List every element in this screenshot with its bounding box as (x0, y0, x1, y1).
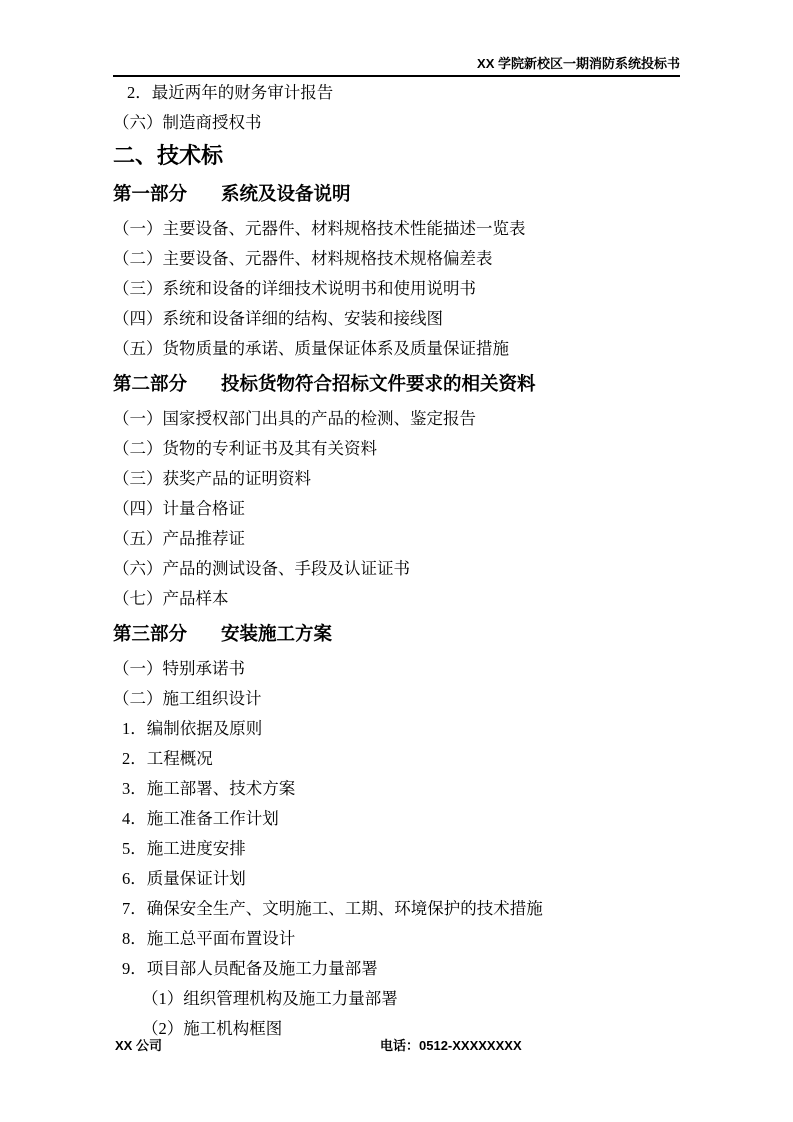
section-heading-technical-bid: 二、技术标 (113, 138, 680, 174)
toc-item-manufacturer-authorization: （六）制造商授权书 (113, 108, 680, 138)
toc-item: （二）施工组织设计 (113, 684, 680, 714)
document-body: 2．最近两年的财务审计报告 （六）制造商授权书 二、技术标 第一部分系统及设备说… (113, 78, 680, 1044)
toc-item: （五）货物质量的承诺、质量保证体系及质量保证措施 (113, 334, 680, 364)
toc-item: （一）国家授权部门出具的产品的检测、鉴定报告 (113, 404, 680, 434)
toc-item: （二）货物的专利证书及其有关资料 (113, 434, 680, 464)
toc-item: （一）主要设备、元器件、材料规格技术性能描述一览表 (113, 214, 680, 244)
toc-item: 9．项目部人员配备及施工力量部署 (113, 954, 680, 984)
toc-item: 7．确保安全生产、文明施工、工期、环境保护的技术措施 (113, 894, 680, 924)
toc-subitem: （1）组织管理机构及施工力量部署 (113, 984, 680, 1014)
toc-item: （七）产品样本 (113, 584, 680, 614)
toc-item: （四）计量合格证 (113, 494, 680, 524)
page-header: XX 学院新校区一期消防系统投标书 (113, 56, 680, 77)
toc-item: （二）主要设备、元器件、材料规格技术规格偏差表 (113, 244, 680, 274)
toc-item: 3．施工部署、技术方案 (113, 774, 680, 804)
part-heading-3: 第三部分安装施工方案 (113, 616, 680, 654)
footer-company: XX 公司 (115, 1038, 162, 1053)
toc-item: （三）系统和设备的详细技术说明书和使用说明书 (113, 274, 680, 304)
footer-phone: 电话：0512-XXXXXXXX (380, 1038, 522, 1053)
part-heading-1: 第一部分系统及设备说明 (113, 176, 680, 214)
part-1-label: 第一部分 (113, 185, 187, 205)
toc-item: （五）产品推荐证 (113, 524, 680, 554)
toc-item: 1．编制依据及原则 (113, 714, 680, 744)
page-footer: XX 公司 电话：0512-XXXXXXXX (113, 1038, 680, 1054)
toc-item: 2．工程概况 (113, 744, 680, 774)
toc-item: （三）获奖产品的证明资料 (113, 464, 680, 494)
toc-item: 8．施工总平面布置设计 (113, 924, 680, 954)
toc-item: 5．施工进度安排 (113, 834, 680, 864)
toc-item: 4．施工准备工作计划 (113, 804, 680, 834)
part-2-title: 投标货物符合招标文件要求的相关资料 (221, 375, 536, 395)
part-1-title: 系统及设备说明 (221, 185, 351, 205)
part-3-label: 第三部分 (113, 625, 187, 645)
toc-item: （四）系统和设备详细的结构、安装和接线图 (113, 304, 680, 334)
part-heading-2: 第二部分投标货物符合招标文件要求的相关资料 (113, 366, 680, 404)
part-2-label: 第二部分 (113, 375, 187, 395)
toc-item: 6．质量保证计划 (113, 864, 680, 894)
toc-item-audit-report: 2．最近两年的财务审计报告 (113, 78, 680, 108)
header-title: XX 学院新校区一期消防系统投标书 (477, 56, 680, 71)
part-3-title: 安装施工方案 (221, 625, 332, 645)
toc-item: （一）特别承诺书 (113, 654, 680, 684)
toc-item: （六）产品的测试设备、手段及认证证书 (113, 554, 680, 584)
document-page: XX 学院新校区一期消防系统投标书 2．最近两年的财务审计报告 （六）制造商授权… (0, 0, 793, 1122)
